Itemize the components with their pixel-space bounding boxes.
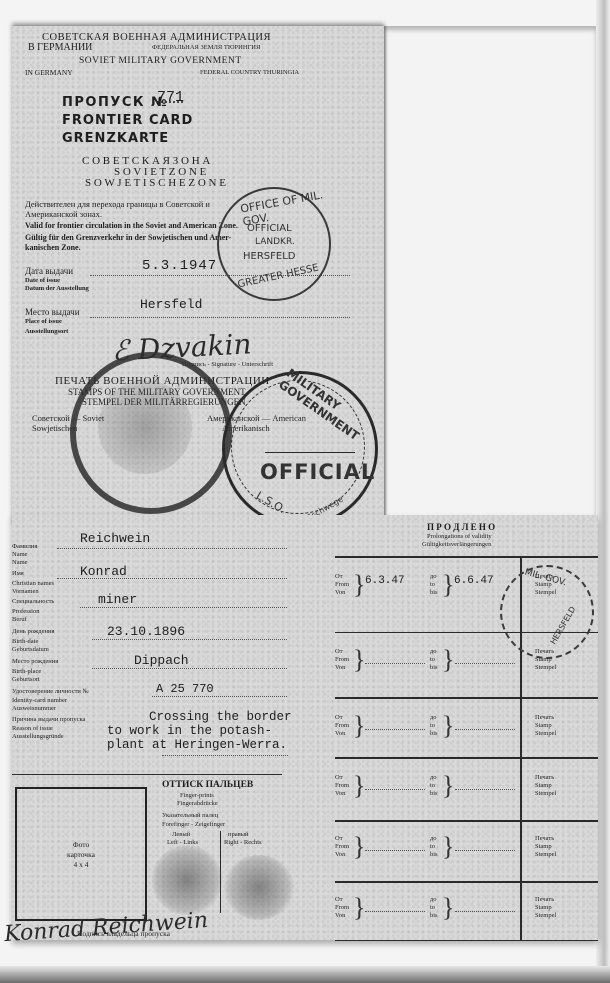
reason-line-1: Crossing the border: [149, 711, 292, 724]
prolongation-title-de: Gültigkeitsverlängerungen: [422, 542, 491, 549]
date-issue-label-de: Datum der Ausstellung: [25, 286, 89, 293]
idcard-label-de: Ausweisnummer: [12, 706, 56, 713]
reason-line-2: to work in the potash-: [107, 725, 272, 738]
pass-title-de: GRENZKARTE: [62, 132, 169, 145]
birthdate-label-ru: День рождения: [12, 629, 54, 636]
header-federal-land-ru: ФЕДЕРАЛЬНАЯ ЗЕМЛЯ ТЮРИНГИЯ: [152, 45, 260, 52]
frontier-card-inside: Reichwein Фамилия Name Name Konrad Имя C…: [12, 515, 598, 940]
place-issue-line: [90, 317, 350, 318]
birthplace-value: Dippach: [134, 654, 189, 667]
idcard-label-ru: Удостоверение личности №: [12, 689, 89, 696]
date-issue-value: 5.3.1947: [142, 259, 217, 273]
given-label-de: Vornamen: [12, 589, 39, 596]
date-issue-label-ru: Дата выдачи: [25, 267, 73, 276]
prolongation-title-en: Prolongations of validity: [427, 534, 492, 541]
prolongation-row: От From Von } до to bis } Печать Stamp S…: [335, 701, 598, 759]
validity-ru-2: Американской зонах.: [25, 210, 102, 219]
validity-de-2: kanischen Zone.: [25, 244, 81, 252]
prolongation-title-ru: П Р О Д Л Е Н О: [427, 523, 495, 532]
place-issue-value: Hersfeld: [140, 298, 202, 311]
right-fingerprint: [224, 855, 294, 920]
header-in-germany-en: IN GERMANY: [25, 69, 73, 77]
right-finger-en-de: Right - Rechts: [224, 840, 262, 847]
profession-label-en: Profession: [12, 609, 39, 616]
surname-label-ru: Фамилия: [12, 544, 37, 551]
surname-label-de: Name: [12, 552, 28, 559]
place-issue-label-de: Ausstellungsort: [25, 329, 68, 336]
birthdate-label-de: Geburtsdatum: [12, 647, 49, 654]
prolongation-row: От From Von } до to bis } Печать Stamp S…: [335, 761, 598, 821]
header-in-germany-ru: В ГЕРМАНИИ: [28, 43, 92, 53]
given-label-en: Christian names: [12, 581, 54, 588]
prolongation-row: От From Von } до to bis } Печать Stamp S…: [335, 822, 598, 882]
american-mil-gov-stamp: MILITARY GOVERNMENT OFFICIAL L.S.O. Esch…: [222, 371, 378, 527]
soviet-emblem-icon: [98, 380, 192, 474]
profession-label-de: Beruf: [12, 617, 27, 624]
validity-ru: Действителен для перехода границы в Сове…: [25, 200, 210, 209]
frame-edge-bottom: [0, 966, 610, 983]
birthplace-label-en: Birth-place: [12, 669, 41, 676]
prolongation-from: 6.3.47: [365, 576, 405, 587]
profession-label-ru: Специальность: [12, 599, 54, 606]
reason-label-de: Ausstellungsgründe: [12, 734, 64, 741]
frame-edge-right: [596, 0, 610, 983]
birthplace-label-ru: Место рождения: [12, 659, 58, 666]
fingerprints-title-de: Fingerabdrücke: [177, 801, 218, 808]
birthplace-label-de: Geburtsort: [12, 677, 40, 684]
birthdate-value: 23.10.1896: [107, 625, 185, 638]
pass-title-en: FRONTIER CARD: [62, 114, 193, 127]
idcard-value: A 25 770: [156, 683, 214, 695]
zone-de: S O W J E T I S C H E Z O N E: [85, 178, 226, 189]
place-issue-label-en: Place of issue: [25, 319, 62, 326]
pass-title-ru: ПРОПУСК №: [62, 96, 168, 109]
prolongation-stamp: MIL. GOV. HERSFELD: [500, 565, 594, 659]
blank-panel: [384, 26, 596, 516]
header-soviet-admin-en: SOVIET MILITARY GOVERNMENT: [79, 57, 242, 67]
place-issue-label-ru: Место выдачи: [25, 308, 80, 317]
idcard-label-en: Identity-card number: [12, 698, 67, 705]
prolongation-to: 6.6.47: [454, 576, 494, 587]
left-finger-ru: Левый: [172, 832, 190, 839]
surname-label-en: Name: [12, 560, 28, 567]
forefinger-en-de: Forefinger - Zeigefinger: [162, 822, 225, 829]
photo-placeholder: Фото карточка 4 x 4: [15, 787, 147, 921]
validity-de: Gültig für den Grenzverkehr in der Sowje…: [25, 234, 231, 242]
header-federal-land-en: FEDERAL COUNTRY THURINGIA: [200, 70, 299, 77]
left-fingerprint: [152, 845, 222, 915]
right-finger-ru: правый: [228, 832, 249, 839]
prolongation-row: От From Von } до to bis } Печать Stamp S…: [335, 883, 598, 941]
reason-line-3: plant at Heringen-Werra.: [107, 739, 287, 752]
date-issue-label-en: Date of issue: [25, 278, 60, 285]
fingerprints-title-en: Finger-prints: [180, 793, 214, 800]
profession-value: miner: [98, 593, 137, 606]
reason-label-ru: Причина выдачи пропуска: [12, 717, 85, 724]
reason-label-en: Reason of issue: [12, 726, 53, 733]
birthdate-label-en: Birth-date: [12, 639, 38, 646]
pass-number: 771: [157, 90, 184, 105]
surname-value: Reichwein: [80, 532, 150, 545]
frontier-card-front: СОВЕТСКАЯ ВОЕННАЯ АДМИНИСТРАЦИЯ В ГЕРМАН…: [12, 26, 384, 526]
mil-gov-stamp-hersfeld: OFFICE OF MIL. GOV. OFFICIAL LANDKR. HER…: [217, 187, 331, 301]
fingerprints-title-ru: ОТТИСК ПАЛЬЦЕВ: [162, 781, 253, 791]
given-label-ru: Имя: [12, 571, 24, 578]
given-name-value: Konrad: [80, 565, 127, 578]
soviet-military-seal: [70, 352, 232, 514]
holder-caption-ru: Подпись владельца пропуска: [77, 930, 170, 938]
validity-en: Valid for frontier circulation in the So…: [25, 222, 238, 230]
forefinger-ru: Указательный палец: [162, 813, 218, 820]
